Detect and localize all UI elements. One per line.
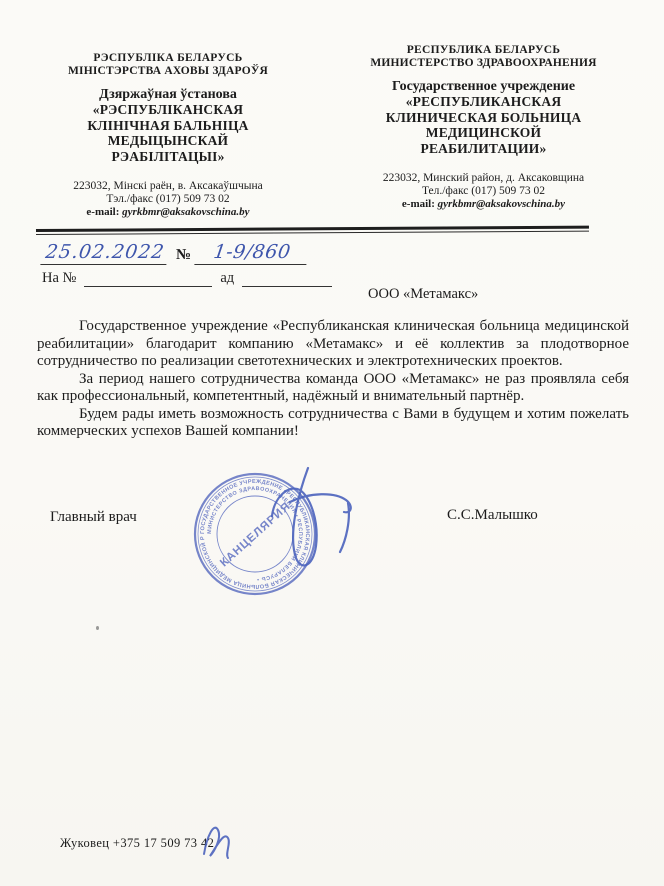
letterhead-belarusian: РЭСПУБЛІКА БЕЛАРУСЬ МІНІСТЭРСТВА АХОВЫ З… — [28, 44, 308, 219]
scanned-letter-page: РЭСПУБЛІКА БЕЛАРУСЬ МІНІСТЭРСТВА АХОВЫ З… — [0, 0, 664, 886]
number-sign: № — [176, 247, 191, 264]
org-phone-by: Тэл./факс (017) 509 73 02 — [28, 193, 308, 206]
org-name-line: РЭАБІЛІТАЦЫІ» — [28, 149, 308, 165]
ref-date-handwritten: 25.02.2022 — [40, 241, 169, 265]
org-name-line: МЕДИЦИНСКОЙ — [331, 125, 636, 141]
org-name-line: РЕАБИЛИТАЦИИ» — [331, 141, 636, 157]
org-name-line: КЛИНИЧЕСКАЯ БОЛЬНИЦА — [331, 110, 636, 126]
org-name-line: МЕДЫЦЫНСКАЙ — [28, 133, 308, 149]
ink-speck — [96, 626, 99, 630]
divider-line — [36, 226, 589, 235]
reply-date-label: ад — [220, 270, 234, 287]
org-name-line: КЛІНІЧНАЯ БАЛЬНІЦА — [28, 118, 308, 134]
letterhead-russian: РЕСПУБЛИКА БЕЛАРУСЬ МИНИСТЕРСТВО ЗДРАВОО… — [331, 44, 636, 219]
blank-line — [242, 271, 332, 287]
org-email-ru: e-mail: gyrkbmr@aksakovschina.by — [331, 198, 636, 211]
office-stamp: ГОСУДАРСТВЕННОЕ УЧРЕЖДЕНИЕ «РЕСПУБЛИКАНС… — [182, 461, 328, 607]
letterhead: РЭСПУБЛІКА БЕЛАРУСЬ МІНІСТЭРСТВА АХОВЫ З… — [28, 44, 636, 219]
org-phone-ru: Тел./факс (017) 509 73 02 — [331, 185, 636, 198]
blank-line — [84, 271, 212, 287]
org-address-by: 223032, Мінскі раён, в. Аксакаўшчына — [28, 180, 308, 193]
email-address: gyrkbmr@aksakovschina.by — [438, 198, 565, 210]
reference-row: 25.02.2022 № 1-9/860 — [42, 241, 308, 265]
body-paragraph: За период нашего сотрудничества команда … — [37, 371, 629, 406]
email-label: e-mail: — [402, 198, 435, 210]
org-email-by: e-mail: gyrkbmr@aksakovschina.by — [28, 206, 308, 219]
country-name-by: РЭСПУБЛІКА БЕЛАРУСЬ — [28, 52, 308, 65]
org-name-line: «РЭСПУБЛІКАНСКАЯ — [28, 102, 308, 118]
signatory-title: Главный врач — [50, 509, 137, 526]
body-paragraph: Государственное учреждение «Республиканс… — [37, 318, 629, 371]
ref-number-handwritten: 1-9/860 — [194, 241, 309, 265]
stamp-center-text: КАНЦЕЛЯРИЯ — [218, 500, 293, 569]
org-name-line: «РЕСПУБЛИКАНСКАЯ — [331, 94, 636, 110]
reply-reference-row: На № ад — [42, 270, 332, 287]
country-name-ru: РЕСПУБЛИКА БЕЛАРУСЬ — [331, 44, 636, 57]
email-address: gyrkbmr@aksakovschina.by — [122, 206, 249, 218]
org-type-ru: Государственное учреждение — [331, 79, 636, 94]
letter-body: Государственное учреждение «Республиканс… — [37, 318, 629, 441]
signatory-name: С.С.Малышко — [447, 507, 538, 524]
org-type-by: Дзяржаўная ўстанова — [28, 87, 308, 102]
ministry-name-by: МІНІСТЭРСТВА АХОВЫ ЗДАРОЎЯ — [28, 65, 308, 78]
stamp-outer-ring-text: ГОСУДАРСТВЕННОЕ УЧРЕЖДЕНИЕ «РЕСПУБЛИКАНС… — [182, 461, 310, 589]
executor-contact: Жуковец +375 17 509 73 42 — [60, 836, 214, 851]
body-paragraph: Будем рады иметь возможность сотрудничес… — [37, 406, 629, 441]
reply-number-label: На № — [42, 270, 76, 287]
ministry-name-ru: МИНИСТЕРСТВО ЗДРАВООХРАНЕНИЯ — [331, 57, 636, 70]
recipient: ООО «Метамакс» — [368, 286, 478, 303]
email-label: e-mail: — [86, 206, 119, 218]
org-address-ru: 223032, Минский район, д. Аксаковщина — [331, 172, 636, 185]
